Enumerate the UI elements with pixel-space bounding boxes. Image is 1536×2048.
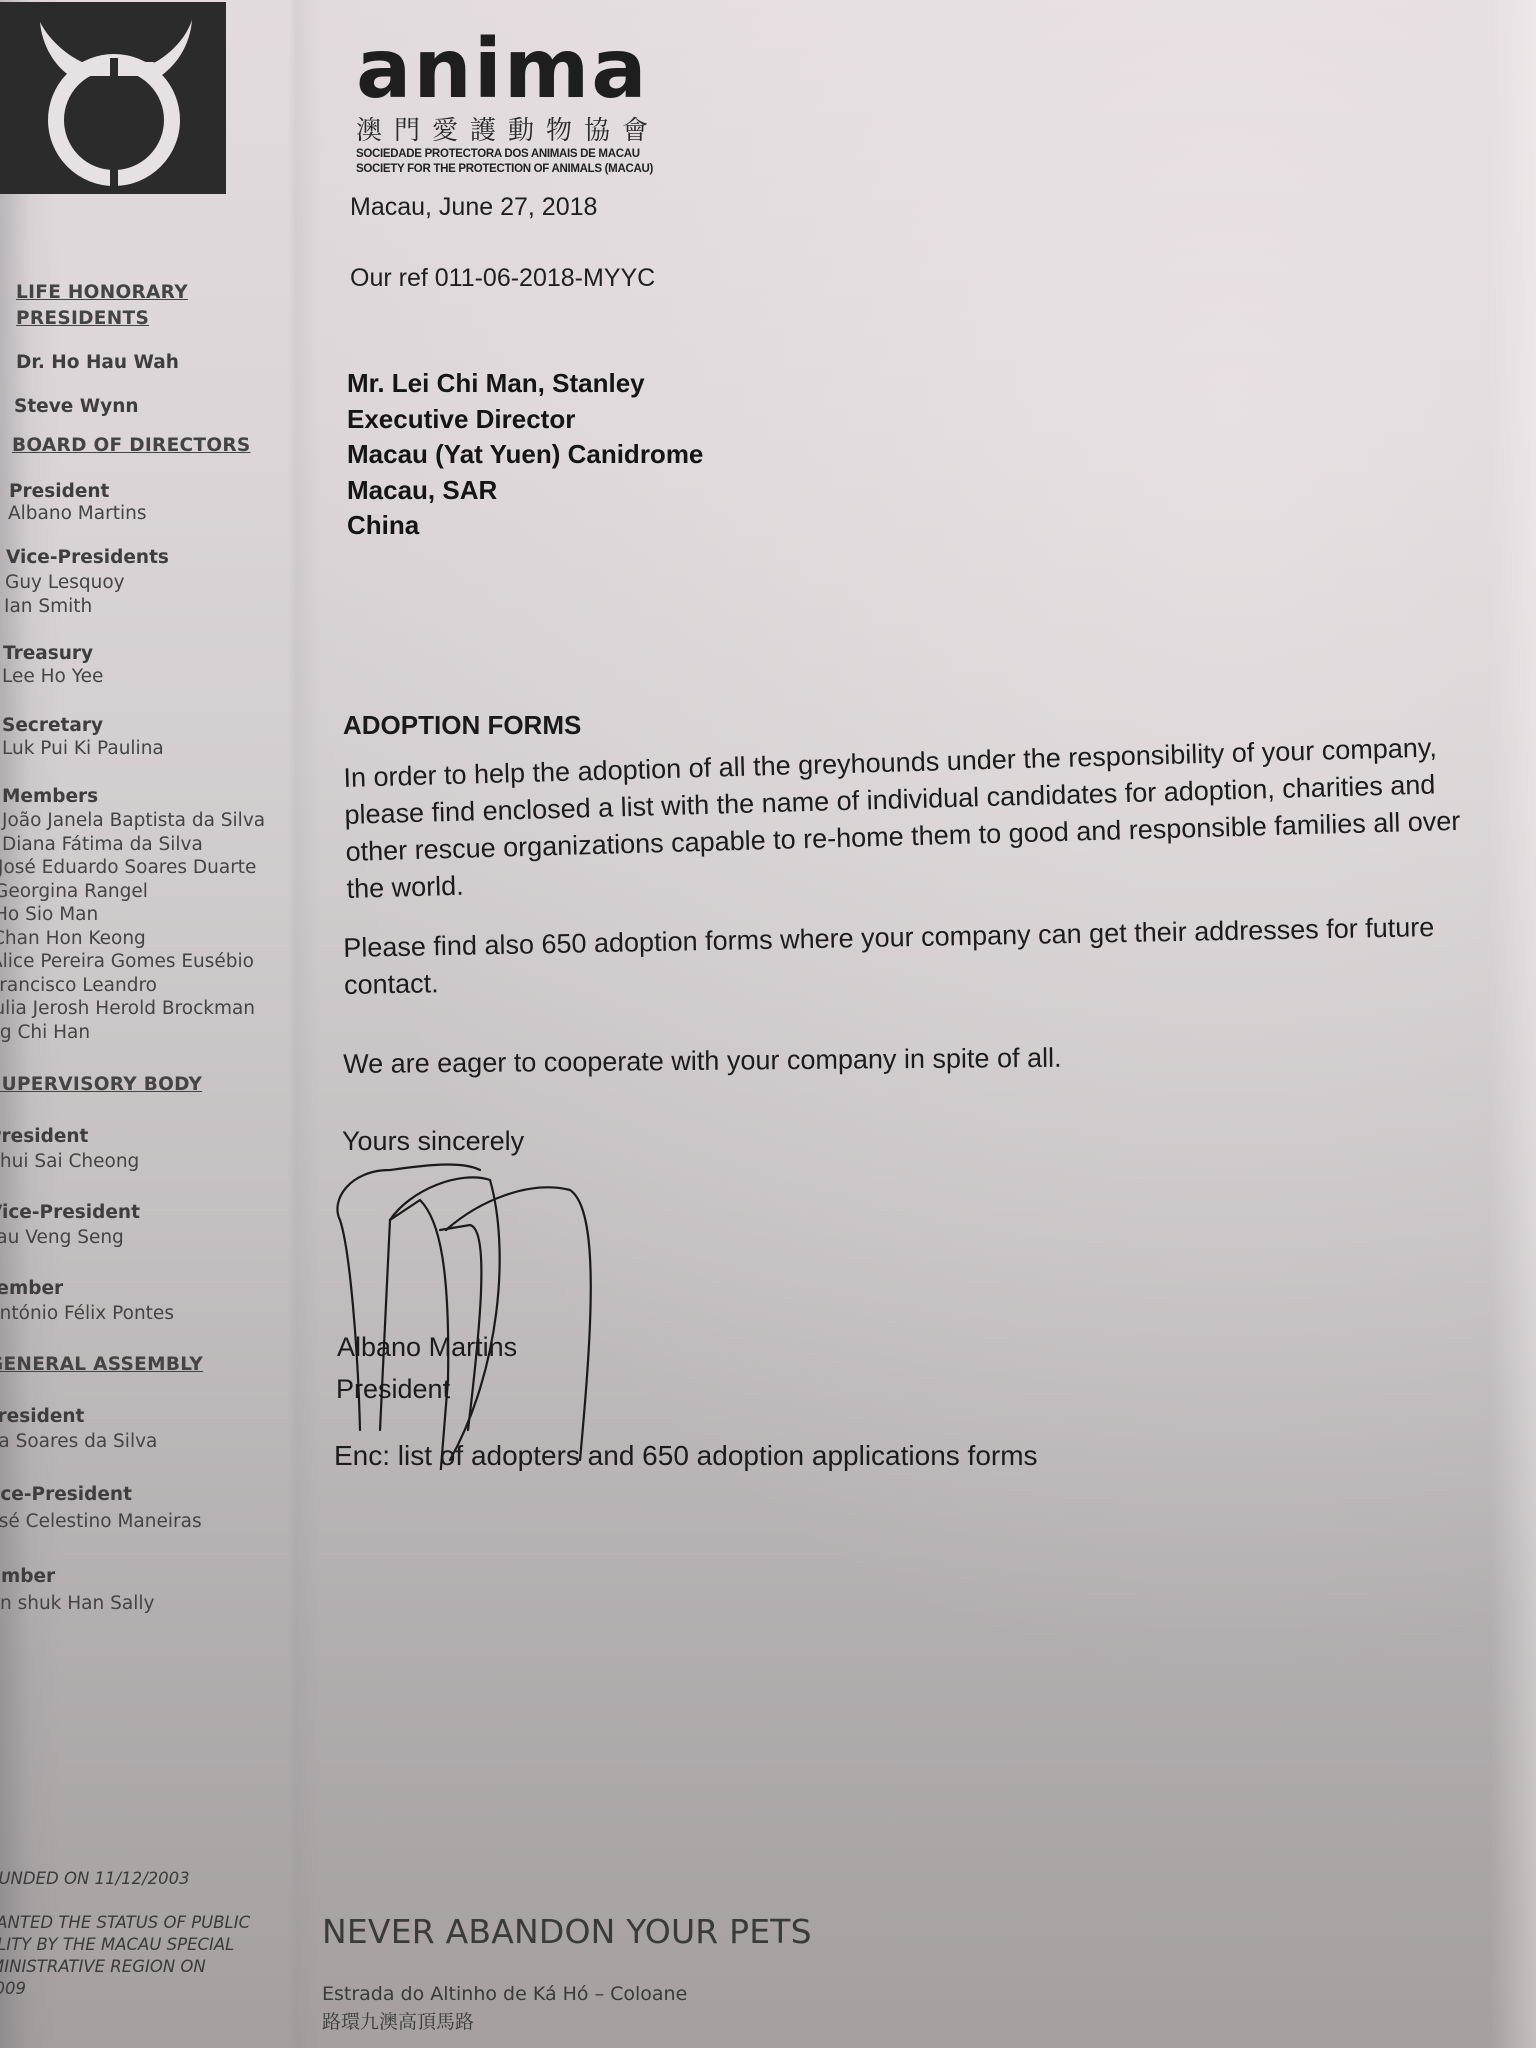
member-name: José Eduardo Soares Duarte xyxy=(0,856,256,880)
closing: Yours sincerely xyxy=(342,1126,524,1157)
assembly-president-role: President xyxy=(0,1406,84,1427)
member-name: João Janela Baptista da Silva xyxy=(2,809,265,833)
member-name: Georgina Rangel xyxy=(0,880,148,904)
recipient-line: China xyxy=(347,508,703,544)
member-name: Diana Fátima da Silva xyxy=(2,833,203,857)
honorary-president: Dr. Ho Hau Wah xyxy=(16,352,179,373)
board-heading: BOARD OF DIRECTORS xyxy=(12,433,251,459)
secretary-name: Luk Pui Ki Paulina xyxy=(2,737,164,761)
sidebar-officers: LIFE HONORARY PRESIDENTS Dr. Ho Hau Wah … xyxy=(0,0,300,2048)
assembly-president-name: Ana Soares da Silva xyxy=(0,1430,157,1454)
members-role: Members xyxy=(2,786,98,807)
recipient-line: Mr. Lei Chi Man, Stanley xyxy=(347,366,703,402)
board-president-role: President xyxy=(9,481,109,502)
supervisory-president-name: Chui Sai Cheong xyxy=(0,1150,139,1174)
address-cjk: 路環九澳高頂馬路 xyxy=(322,2008,687,2036)
status-note-line: …/2009 xyxy=(0,1978,26,2000)
body-paragraph: In order to help the adoption of all the… xyxy=(343,729,1467,908)
life-honorary-heading-2: PRESIDENTS xyxy=(16,306,149,332)
assembly-vice-role: Vice-President xyxy=(0,1484,132,1505)
board-president-name: Albano Martins xyxy=(8,502,146,526)
assembly-member-name: Chan shuk Han Sally xyxy=(0,1592,154,1616)
handwritten-signature xyxy=(330,1130,690,1470)
founded-note: FOUNDED ON 11/12/2003 xyxy=(0,1868,190,1890)
board-vice-name: Guy Lesquoy xyxy=(5,571,125,595)
brand-name: anima xyxy=(356,28,676,112)
supervisory-member-name: António Félix Pontes xyxy=(0,1302,174,1326)
supervisory-heading: SUPERVISORY BODY xyxy=(0,1072,202,1098)
member-name: Chan Hon Keong xyxy=(0,927,146,951)
address-pt: Estrada do Altinho de Ká Hó – Coloane xyxy=(322,1980,687,2008)
footer-slogan: NEVER ABANDON YOUR PETS xyxy=(322,1912,812,1951)
recipient-line: Macau, SAR xyxy=(347,473,703,509)
member-name: Julia Jerosh Herold Brockman xyxy=(0,997,255,1021)
brand-block: anima 澳門愛護動物協會 SOCIEDADE PROTECTORA DOS … xyxy=(356,28,676,177)
status-note-line: ADMINISTRATIVE REGION ON xyxy=(0,1956,206,1978)
enclosure-note: Enc: list of adopters and 650 adoption a… xyxy=(334,1440,1038,1472)
treasury-name: Lee Ho Yee xyxy=(2,665,103,689)
board-vice-role: Vice-Presidents xyxy=(6,547,169,568)
letter-subject: ADOPTION FORMS xyxy=(343,710,581,741)
status-note-line: UTILITY BY THE MACAU SPECIAL xyxy=(0,1934,234,1956)
anima-logo xyxy=(0,2,226,194)
supervisory-president-role: President xyxy=(0,1126,88,1147)
recipient-line: Macau (Yat Yuen) Canidrome xyxy=(347,437,703,473)
recipient-line: Executive Director xyxy=(347,402,703,438)
brand-sub-en: SOCIETY FOR THE PROTECTION OF ANIMALS (M… xyxy=(356,162,676,177)
treasury-role: Treasury xyxy=(3,643,93,664)
secretary-role: Secretary xyxy=(2,715,103,736)
brand-sub-pt: SOCIEDADE PROTECTORA DOS ANIMAIS DE MACA… xyxy=(356,147,676,162)
body-paragraph: Please find also 650 adoption forms wher… xyxy=(343,908,1464,1003)
letter-reference: Our ref 011-06-2018-MYYC xyxy=(350,264,655,293)
body-paragraph: We are eager to cooperate with your comp… xyxy=(343,1036,1463,1083)
taurus-bull-symbol-icon xyxy=(0,2,226,194)
assembly-vice-name: José Celestino Maneiras xyxy=(0,1510,202,1534)
board-vice-name: Ian Smith xyxy=(4,595,92,619)
assembly-heading: GENERAL ASSEMBLY xyxy=(0,1352,203,1378)
signer-name: Albano Martins xyxy=(337,1332,517,1363)
letter-date: Macau, June 27, 2018 xyxy=(350,193,597,222)
honorary-president: Steve Wynn xyxy=(14,396,139,417)
assembly-member-role: Member xyxy=(0,1566,55,1587)
member-name: Ng Chi Han xyxy=(0,1021,90,1045)
member-name: Ho Sio Man xyxy=(0,903,98,927)
supervisory-member-role: Member xyxy=(0,1278,63,1299)
life-honorary-heading-1: LIFE HONORARY xyxy=(16,280,188,306)
signer-title: President xyxy=(336,1374,450,1405)
brand-cjk: 澳門愛護動物協會 xyxy=(356,110,676,147)
member-name: Alice Pereira Gomes Eusébio xyxy=(0,950,254,974)
status-note-line: GRANTED THE STATUS OF PUBLIC xyxy=(0,1912,250,1934)
supervisory-vice-name: Lau Veng Seng xyxy=(0,1226,124,1250)
footer-address: Estrada do Altinho de Ká Hó – Coloane 路環… xyxy=(322,1980,687,2036)
supervisory-vice-role: Vice-President xyxy=(0,1202,140,1223)
member-name: Francisco Leandro xyxy=(0,974,157,998)
recipient-block: Mr. Lei Chi Man, Stanley Executive Direc… xyxy=(347,366,703,544)
